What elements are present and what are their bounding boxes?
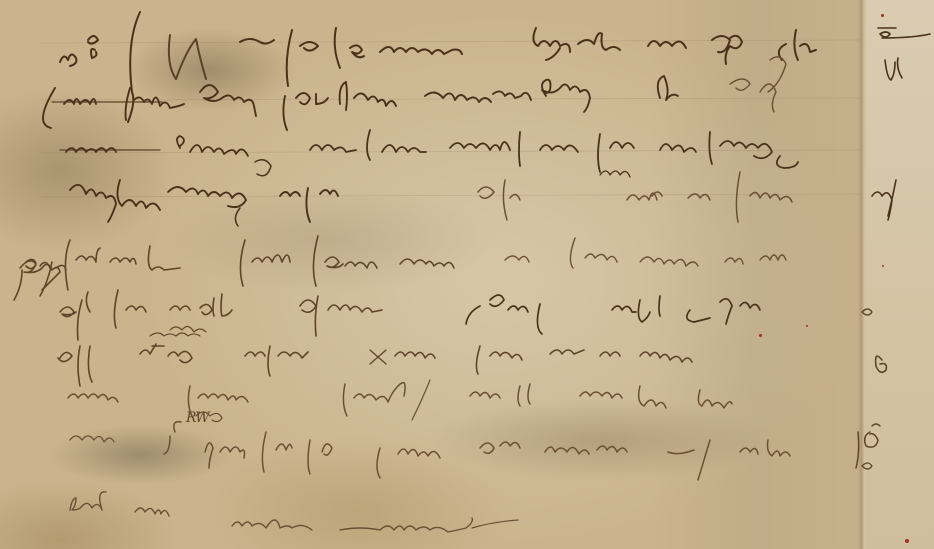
manuscript-line-2: that ... ... ast ... them ... ... ... be…	[56, 86, 410, 107]
manuscript-line-7: ... ast ... the ... x ... ... ... ...	[56, 342, 294, 363]
ink-right-margin-10	[862, 463, 872, 469]
manuscript-line-9: ... ... ... ... ... ... the ... ...	[56, 438, 269, 459]
manuscript-page: Item / ... pass e rapp... ... be ... the…	[0, 0, 934, 549]
ink-right-margin-1	[878, 28, 930, 80]
ink-line-6-right	[466, 295, 760, 334]
ink-right-margin-6	[862, 309, 872, 315]
ink-right-margin-4	[872, 180, 896, 220]
manuscript-line-10: ... ... ... ...	[56, 500, 142, 521]
manuscript-line-5: for the ... shall ... ... ... my ... ...…	[56, 248, 359, 269]
manuscript-line-8: berung ... ... ... ... ...	[56, 384, 236, 405]
right-margin-note-6: 6	[876, 352, 877, 353]
manuscript-line-1: Item / ... pass e rapp... ... be ... the…	[56, 26, 417, 47]
ink-line-4-faint	[478, 172, 792, 222]
ruling-lines	[40, 40, 860, 197]
handwriting-ink	[0, 0, 934, 549]
manuscript-line-4: ... with ... ... ... and the ... be	[56, 180, 313, 201]
interlinear-note-rw: RW	[186, 410, 209, 426]
ink-right-margin-7	[876, 356, 887, 372]
manuscript-line-3: ... a ... tyme ... ... ... the ... ... .…	[56, 136, 352, 157]
manuscript-line-6: ... for ... e ... ... the ... ...	[56, 296, 271, 317]
ink-right-margin-9	[856, 424, 880, 468]
ink-line-5-faint	[505, 238, 786, 268]
ink-line-2-faint	[730, 57, 786, 112]
